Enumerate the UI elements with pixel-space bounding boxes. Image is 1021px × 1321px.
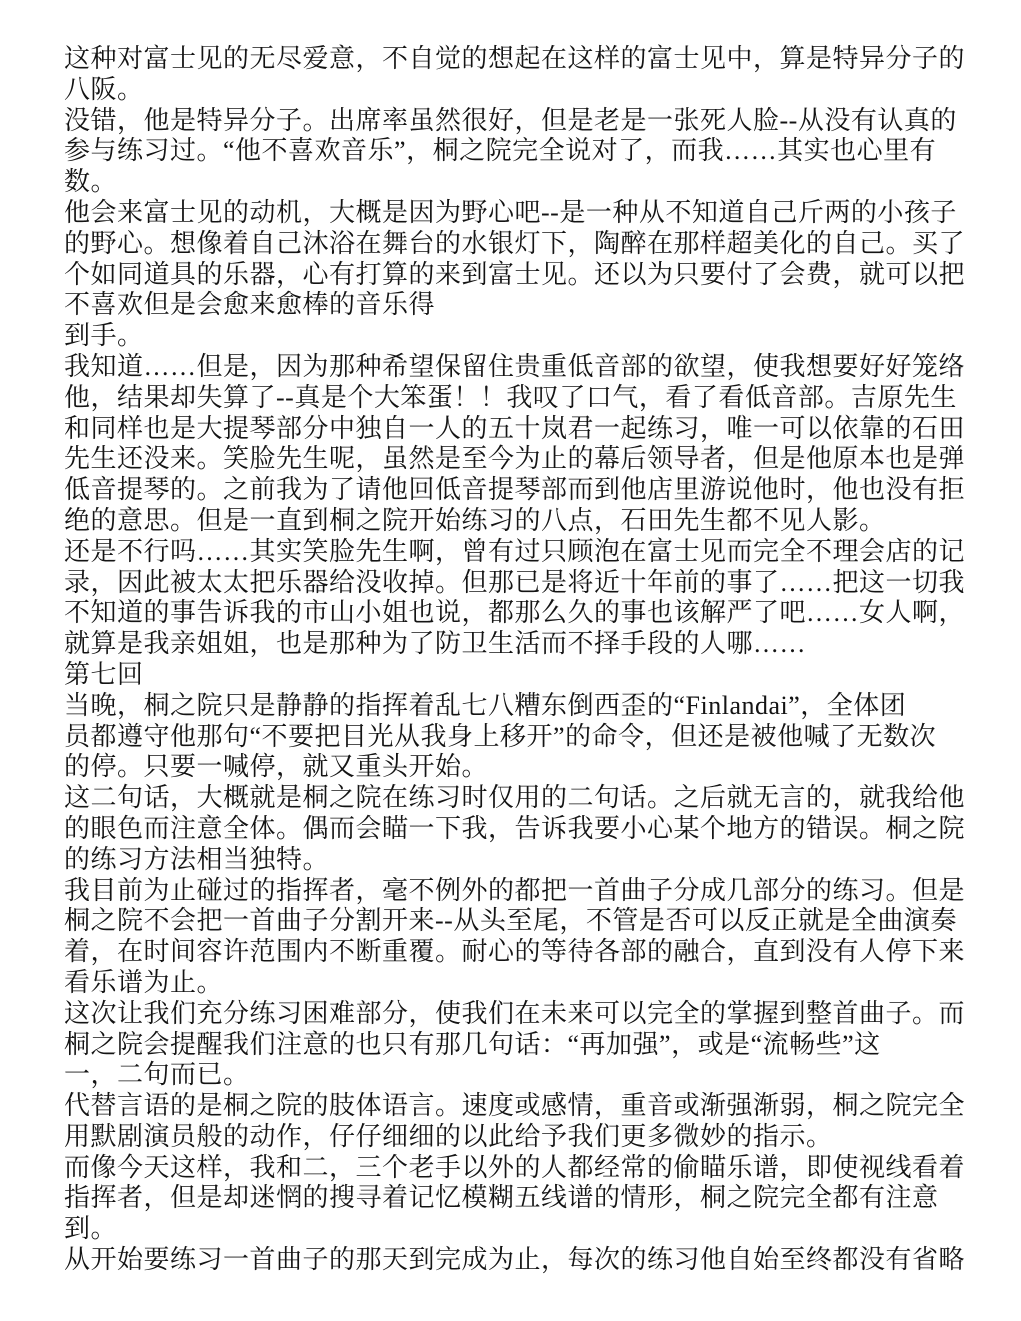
text-line: 这次让我们充分练习困难部分，使我们在未来可以完全的掌握到整首曲子。而	[64, 999, 964, 1030]
text-line: 低音提琴的。之前我为了请他回低音提琴部而到他店里游说他时，他也没有拒	[64, 475, 964, 506]
text-line: 八阪。	[64, 75, 964, 106]
text-line: 代替言语的是桐之院的肢体语言。速度或感情，重音或渐强渐弱，桐之院完全	[64, 1091, 964, 1122]
text-line: 从开始要练习一首曲子的那天到完成为止，每次的练习他自始至终都没有省略	[64, 1245, 964, 1276]
text-line: 就算是我亲姐姐，也是那种为了防卫生活而不择手段的人哪……	[64, 629, 964, 660]
text-line: 还是不行吗……其实笑脸先生啊，曾有过只顾泡在富士见而完全不理会店的记	[64, 537, 964, 568]
text-line: 先生还没来。笑脸先生呢，虽然是至今为止的幕后领导者，但是他原本也是弹	[64, 444, 964, 475]
text-line: 这种对富士见的无尽爱意，不自觉的想起在这样的富士见中，算是特异分子的	[64, 44, 964, 75]
text-line: 的眼色而注意全体。偶而会瞄一下我，告诉我要小心某个地方的错误。桐之院	[64, 814, 964, 845]
text-line: 我目前为止碰过的指挥者，毫不例外的都把一首曲子分成几部分的练习。但是	[64, 876, 964, 907]
text-line: 他会来富士见的动机，大概是因为野心吧--是一种从不知道自己斤两的小孩子	[64, 198, 964, 229]
text-line: 他，结果却失算了--真是个大笨蛋！！我叹了口气，看了看低音部。吉原先生	[64, 383, 964, 414]
text-line: 的野心。想像着自己沐浴在舞台的水银灯下，陶醉在那样超美化的自己。买了	[64, 229, 964, 260]
text-line: 这二句话，大概就是桐之院在练习时仅用的二句话。之后就无言的，就我给他	[64, 783, 964, 814]
text-line: 没错，他是特异分子。出席率虽然很好，但是老是一张死人脸--从没有认真的	[64, 106, 964, 137]
text-block: 这种对富士见的无尽爱意，不自觉的想起在这样的富士见中，算是特异分子的 八阪。 没…	[64, 44, 964, 1276]
text-line: 员都遵守他那句“不要把目光从我身上移开”的命令，但还是被他喊了无数次	[64, 722, 964, 753]
text-line: 而像今天这样，我和二，三个老手以外的人都经常的偷瞄乐谱，即使视线看着	[64, 1153, 964, 1184]
text-line: 参与练习过。“他不喜欢音乐”，桐之院完全说对了，而我……其实也心里有	[64, 136, 964, 167]
text-line: 我知道……但是，因为那种希望保留住贵重低音部的欲望，使我想要好好笼络	[64, 352, 964, 383]
text-line: 看乐谱为止。	[64, 968, 964, 999]
text-line: 指挥者，但是却迷惘的搜寻着记忆模糊五线谱的情形，桐之院完全都有注意	[64, 1183, 964, 1214]
text-line: 着，在时间容许范围内不断重覆。耐心的等待各部的融合，直到没有人停下来	[64, 937, 964, 968]
text-line: 不知道的事告诉我的市山小姐也说，都那么久的事也该解严了吧……女人啊，	[64, 598, 964, 629]
text-line: 用默剧演员般的动作，仔仔细细的以此给予我们更多微妙的指示。	[64, 1122, 964, 1153]
text-line: 不喜欢但是会愈来愈棒的音乐得	[64, 290, 964, 321]
text-line: 桐之院会提醒我们注意的也只有那几句话：“再加强”，或是“流畅些”这	[64, 1030, 964, 1061]
text-line chapter-heading: 第七回	[64, 660, 964, 691]
text-line: 到。	[64, 1214, 964, 1245]
text-line: 数。	[64, 167, 964, 198]
document-page: 这种对富士见的无尽爱意，不自觉的想起在这样的富士见中，算是特异分子的 八阪。 没…	[0, 0, 1021, 1321]
text-line: 的停。只要一喊停，就又重头开始。	[64, 752, 964, 783]
text-line: 录，因此被太太把乐器给没收掉。但那已是将近十年前的事了……把这一切我	[64, 568, 964, 599]
text-line: 到手。	[64, 321, 964, 352]
text-line: 桐之院不会把一首曲子分割开来--从头至尾，不管是否可以反正就是全曲演奏	[64, 906, 964, 937]
text-line: 个如同道具的乐器，心有打算的来到富士见。还以为只要付了会费，就可以把	[64, 260, 964, 291]
text-line: 和同样也是大提琴部分中独自一人的五十岚君一起练习，唯一可以依靠的石田	[64, 414, 964, 445]
text-line: 当晚，桐之院只是静静的指挥着乱七八糟东倒西歪的“Finlandai”，全体团	[64, 691, 964, 722]
text-line: 绝的意思。但是一直到桐之院开始练习的八点，石田先生都不见人影。	[64, 506, 964, 537]
text-line: 一，二句而已。	[64, 1060, 964, 1091]
text-line: 的练习方法相当独特。	[64, 845, 964, 876]
